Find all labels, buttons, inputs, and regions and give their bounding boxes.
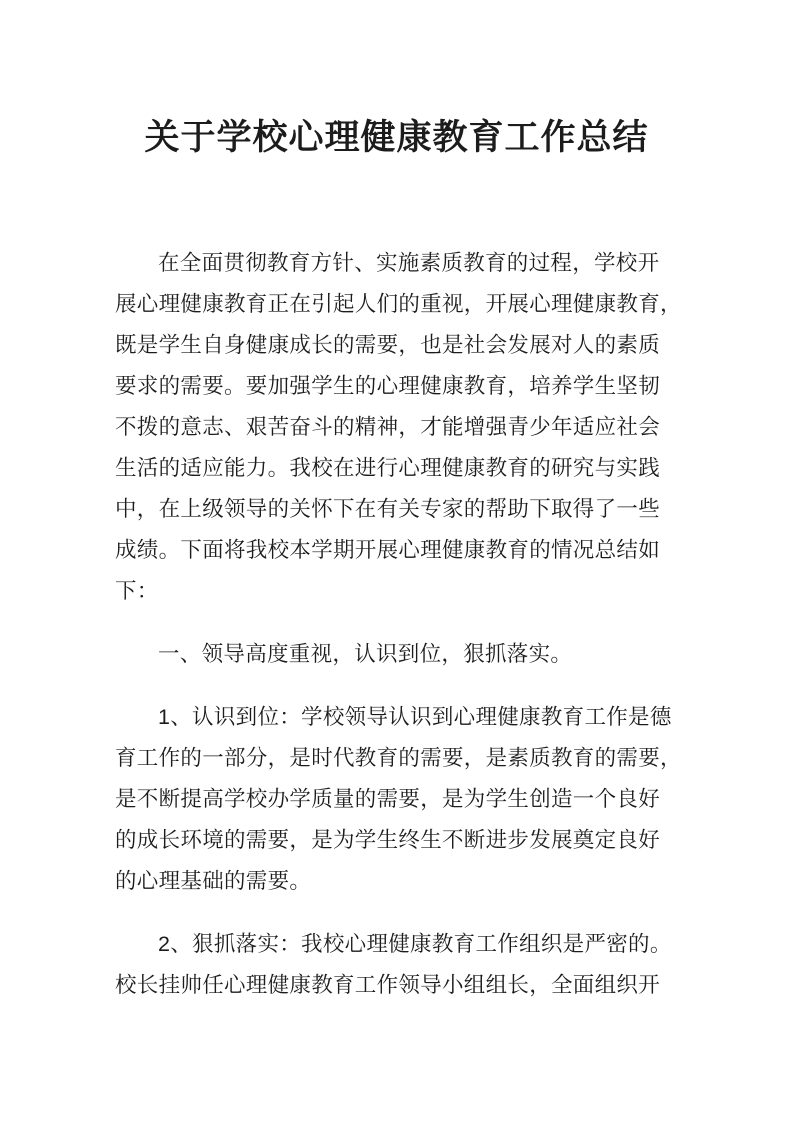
document-page: 关于学校心理健康教育工作总结 在全面贯彻教育方针、实施素质教育的过程，学校开 展… bbox=[0, 0, 793, 1122]
document-title: 关于学校心理健康教育工作总结 bbox=[115, 0, 678, 160]
paragraph-intro: 在全面贯彻教育方针、实施素质教育的过程，学校开 展心理健康教育正在引起人们的重视… bbox=[115, 243, 678, 612]
paragraph-point-1-recognition: 1、认识到位：学校领导认识到心理健康教育工作是德 育工作的一部分，是时代教育的需… bbox=[115, 697, 678, 902]
paragraph-point-2-implementation: 2、狠抓落实：我校心理健康教育工作组织是严密的。 校长挂帅任心理健康教育工作领导… bbox=[115, 924, 678, 1006]
section-heading-1: 一、领导高度重视，认识到位，狠抓落实。 bbox=[115, 634, 678, 675]
document-content: 关于学校心理健康教育工作总结 在全面贯彻教育方针、实施素质教育的过程，学校开 展… bbox=[0, 0, 793, 1006]
